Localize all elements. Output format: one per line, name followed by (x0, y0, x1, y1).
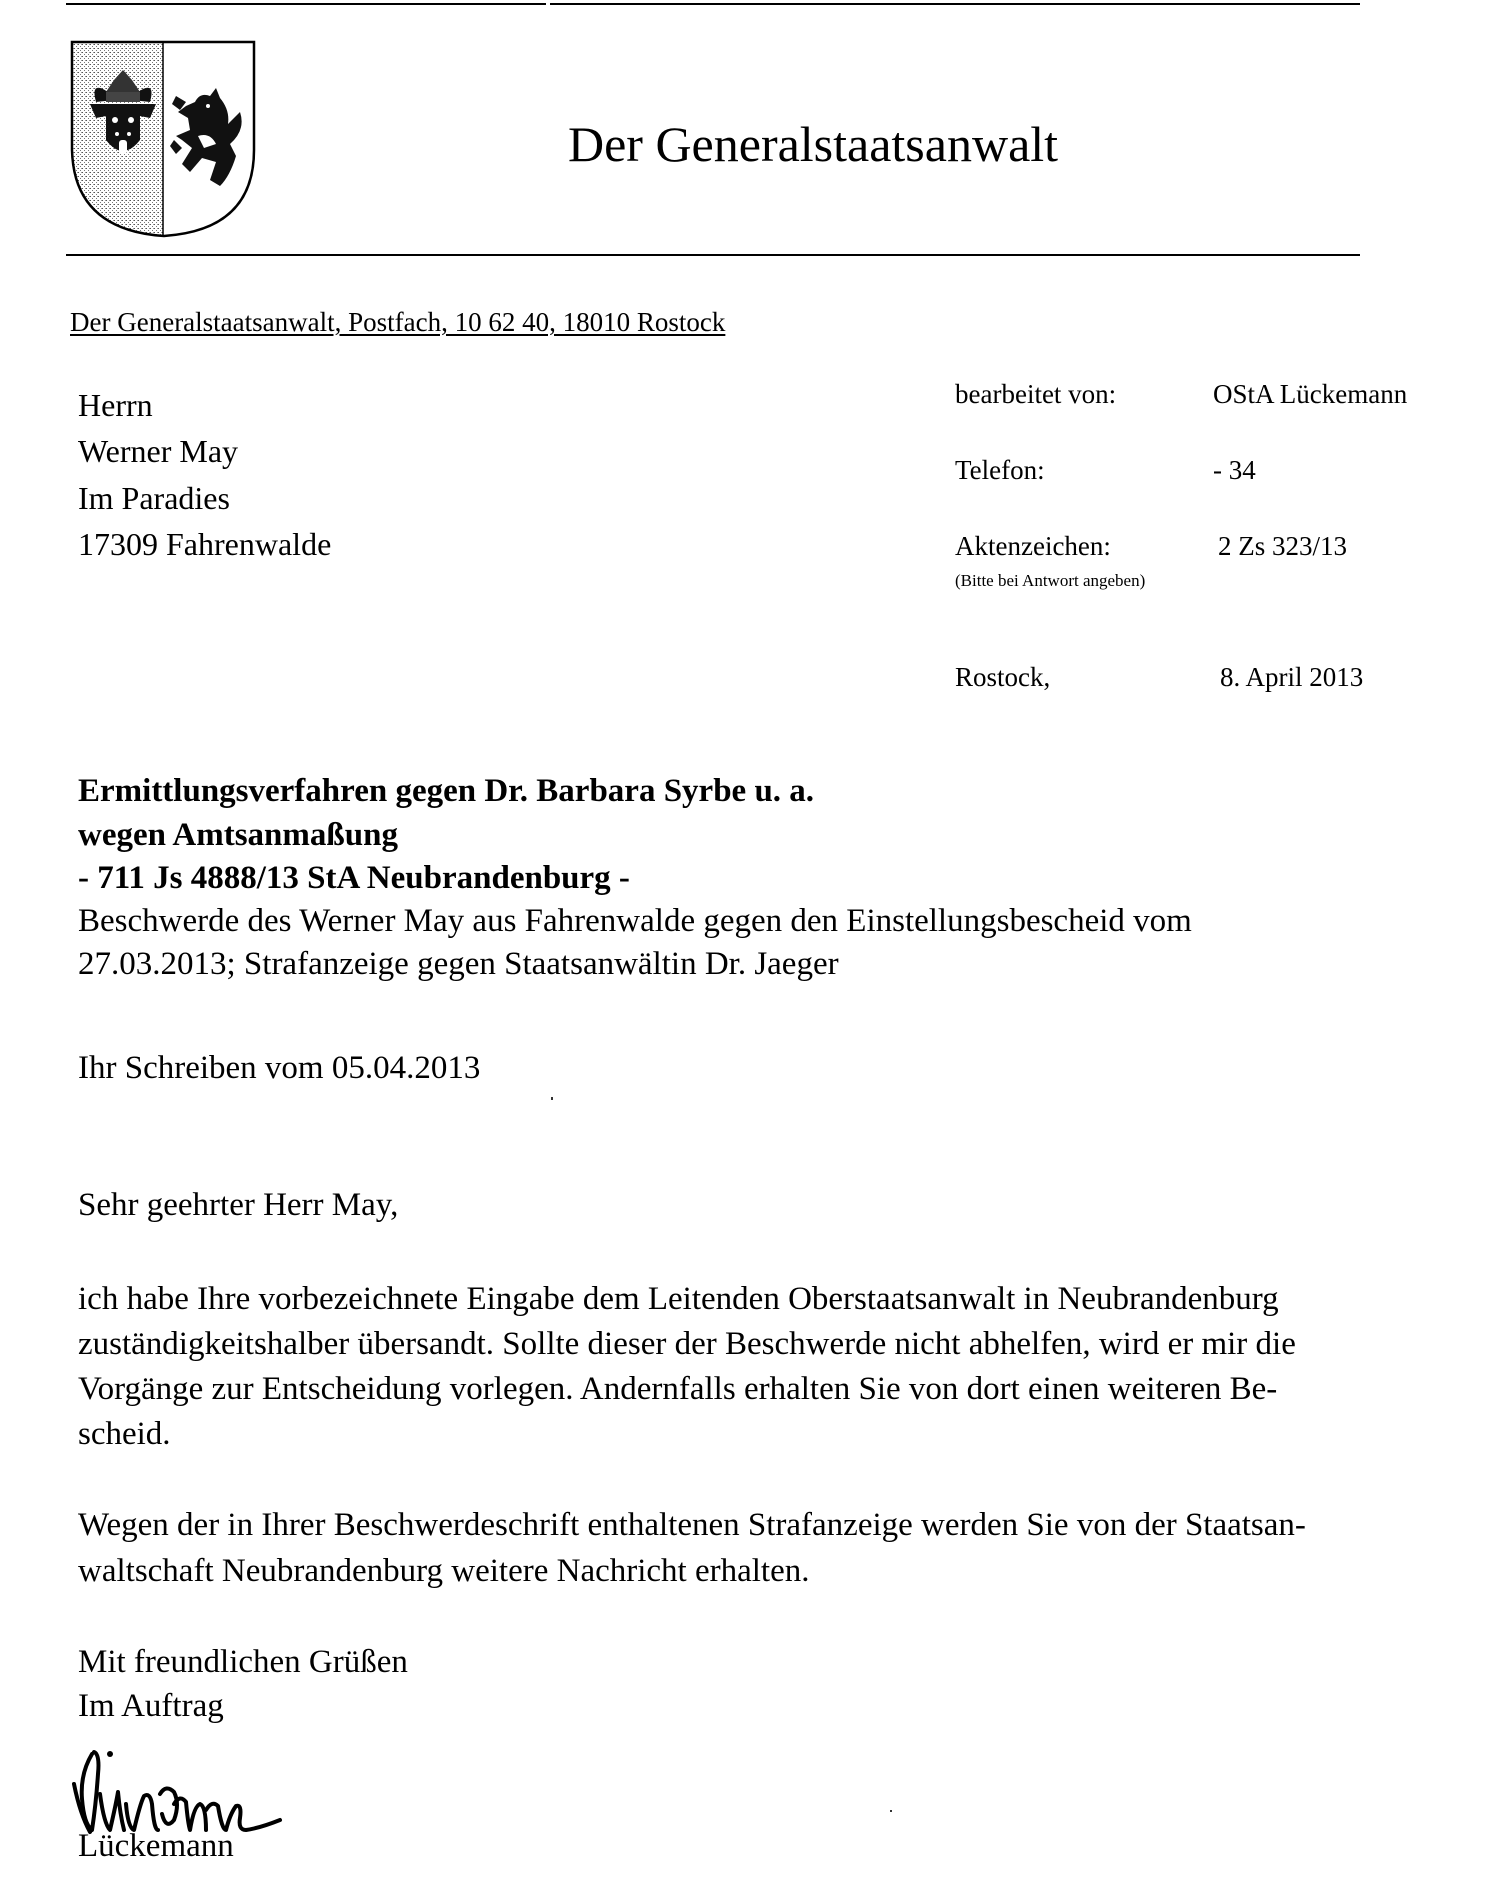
subject-description: 27.03.2013; Strafanzeige gegen Staatsanw… (78, 948, 839, 981)
letterhead-title: Der Generalstaatsanwalt (568, 119, 1058, 169)
recipient-street: Im Paradies (78, 482, 230, 514)
paragraph-line: Vorgänge zur Entscheidung vorlegen. Ande… (78, 1373, 1277, 1406)
return-address: Der Generalstaatsanwalt, Postfach, 10 62… (70, 309, 725, 336)
paragraph-line: ich habe Ihre vorbezeichnete Eingabe dem… (78, 1283, 1279, 1316)
reference-label: Aktenzeichen: (955, 533, 1111, 560)
date: 8. April 2013 (1220, 664, 1363, 691)
phone-value: - 34 (1213, 457, 1256, 484)
reference-hint: (Bitte bei Antwort angeben) (955, 572, 1145, 589)
case-number: - 711 Js 4888/13 StA Neubrandenburg - (78, 862, 630, 895)
coat-of-arms-icon (70, 40, 258, 238)
your-letter-reference: Ihr Schreiben vom 05.04.2013 (78, 1052, 480, 1085)
paragraph-line: zuständigkeitshalber übersandt. Sollte d… (78, 1328, 1296, 1361)
paragraph-line: scheid. (78, 1418, 171, 1451)
subject-line: Ermittlungsverfahren gegen Dr. Barbara S… (78, 775, 814, 808)
scan-speck (551, 1097, 553, 1100)
subject-description: Beschwerde des Werner May aus Fahrenwald… (78, 905, 1192, 938)
place: Rostock, (955, 664, 1050, 691)
recipient-city: 17309 Fahrenwalde (78, 528, 331, 560)
signature-icon (70, 1744, 285, 1839)
reference-value: 2 Zs 323/13 (1218, 533, 1347, 560)
signatory-name: Lückemann (78, 1830, 234, 1863)
top-rule-right (550, 3, 1360, 5)
handled-by-label: bearbeitet von: (955, 381, 1116, 408)
subject-line: wegen Amtsanmaßung (78, 819, 398, 852)
paragraph-line: Wegen der in Ihrer Beschwerdeschrift ent… (78, 1509, 1306, 1542)
recipient-salutation: Herrn (78, 389, 153, 421)
phone-label: Telefon: (955, 457, 1045, 484)
top-rule-left (66, 3, 546, 5)
closing-greeting: Mit freundlichen Grüßen (78, 1646, 408, 1679)
on-behalf: Im Auftrag (78, 1690, 224, 1723)
handled-by-value: OStA Lückemann (1213, 381, 1407, 408)
recipient-name: Werner May (78, 435, 238, 467)
header-rule (66, 254, 1360, 256)
paragraph-line: waltschaft Neubrandenburg weitere Nachri… (78, 1555, 809, 1588)
salutation: Sehr geehrter Herr May, (78, 1189, 398, 1222)
scan-speck (890, 1810, 892, 1812)
